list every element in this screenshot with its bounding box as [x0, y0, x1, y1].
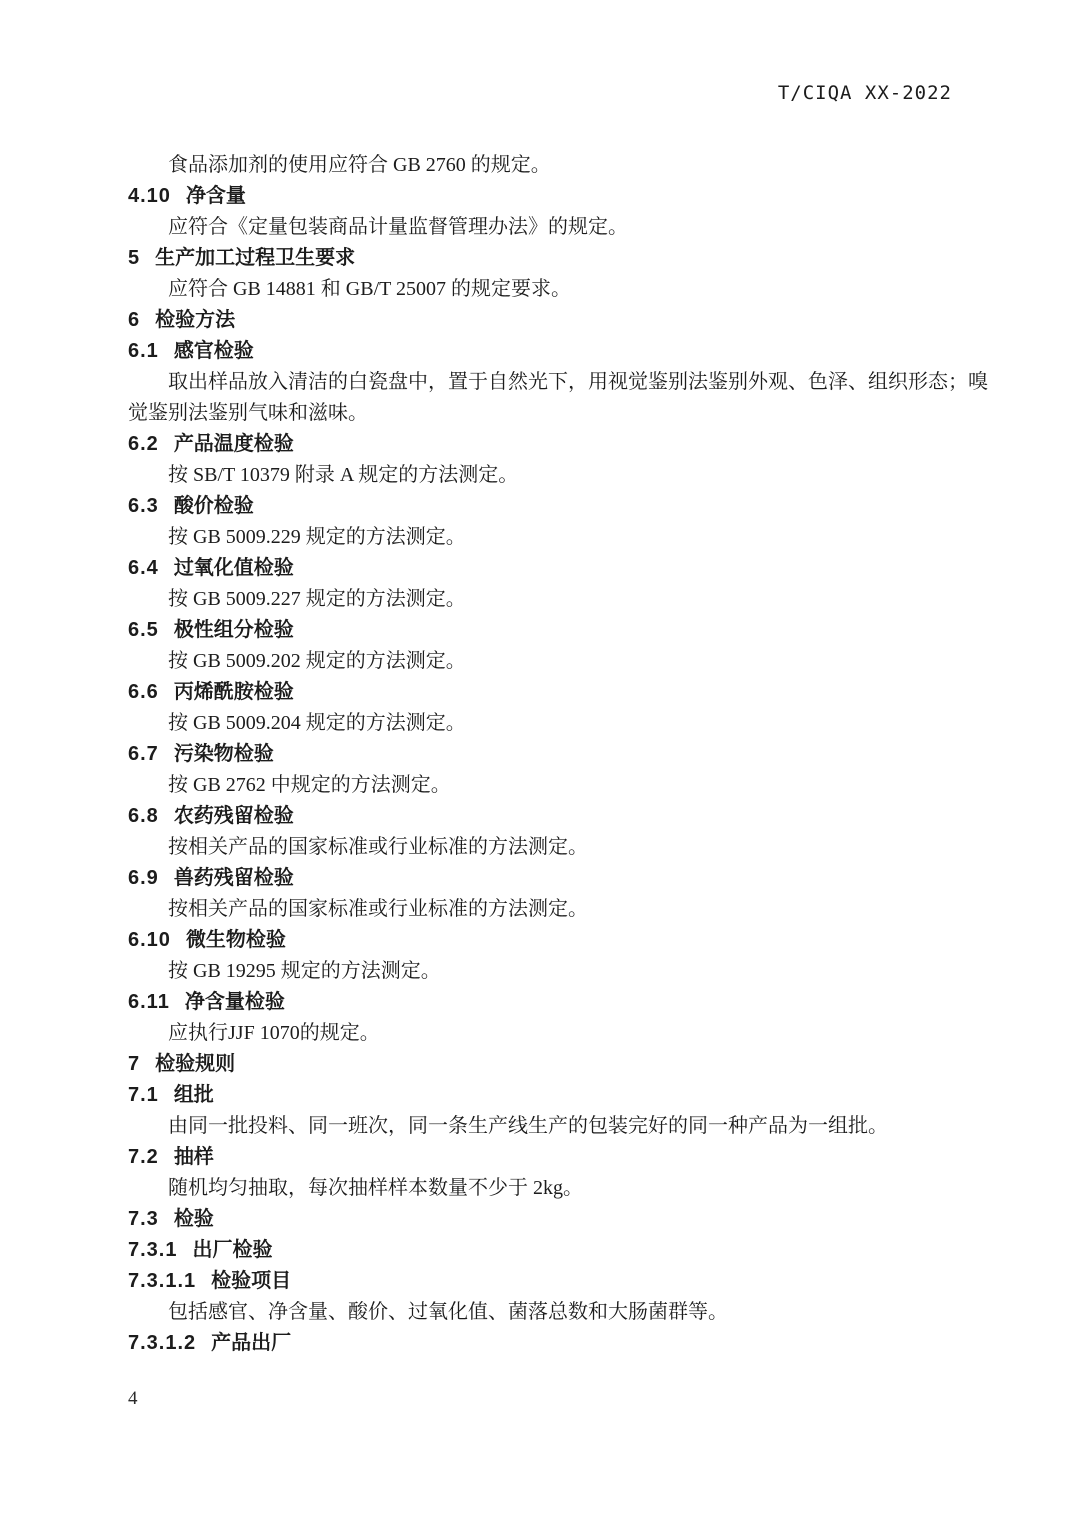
- document-page: T/CIQA XX-2022 食品添加剂的使用应符合 GB 2760 的规定。4…: [0, 0, 1080, 1527]
- section-heading-5: 5生产加工过程卫生要求: [128, 243, 988, 274]
- heading-number: 7.1: [128, 1080, 159, 1111]
- paragraph: 随机均匀抽取，每次抽样样本数量不少于 2kg。: [128, 1173, 988, 1204]
- section-heading-6.3: 6.3酸价检验: [128, 491, 988, 522]
- heading-title: 过氧化值检验: [174, 557, 294, 579]
- heading-number: 6.1: [128, 336, 159, 367]
- heading-number: 6.2: [128, 429, 159, 460]
- heading-number: 6.8: [128, 801, 159, 832]
- heading-number: 7.2: [128, 1142, 159, 1173]
- heading-number: 6.3: [128, 491, 159, 522]
- heading-number: 6.4: [128, 553, 159, 584]
- heading-number: 6.7: [128, 739, 159, 770]
- heading-title: 丙烯酰胺检验: [174, 681, 294, 703]
- heading-title: 产品出厂: [211, 1332, 291, 1354]
- heading-number: 7.3.1.2: [128, 1328, 196, 1359]
- paragraph: 按 GB 5009.229 规定的方法测定。: [128, 522, 988, 553]
- heading-number: 7: [128, 1049, 140, 1080]
- section-heading-7.3.1.2: 7.3.1.2产品出厂: [128, 1328, 988, 1359]
- heading-title: 出厂检验: [192, 1239, 272, 1261]
- section-heading-6.7: 6.7污染物检验: [128, 739, 988, 770]
- heading-number: 6.6: [128, 677, 159, 708]
- section-heading-7.2: 7.2抽样: [128, 1142, 988, 1173]
- paragraph: 按相关产品的国家标准或行业标准的方法测定。: [128, 832, 988, 863]
- heading-number: 6.5: [128, 615, 159, 646]
- heading-number: 5: [128, 243, 140, 274]
- heading-title: 兽药残留检验: [174, 867, 294, 889]
- section-heading-7: 7检验规则: [128, 1049, 988, 1080]
- heading-title: 抽样: [174, 1146, 214, 1168]
- heading-title: 净含量: [186, 185, 246, 207]
- paragraph: 按 GB 2762 中规定的方法测定。: [128, 770, 988, 801]
- paragraph: 按 GB 19295 规定的方法测定。: [128, 956, 988, 987]
- heading-number: 7.3.1.1: [128, 1266, 196, 1297]
- section-heading-6.2: 6.2产品温度检验: [128, 429, 988, 460]
- heading-title: 净含量检验: [185, 991, 285, 1013]
- paragraph: 由同一批投料、同一班次，同一条生产线生产的包装完好的同一种产品为一组批。: [128, 1111, 988, 1142]
- document-body: 食品添加剂的使用应符合 GB 2760 的规定。4.10净含量应符合《定量包装商…: [128, 150, 988, 1359]
- heading-title: 检验规则: [155, 1053, 235, 1075]
- paragraph: 取出样品放入清洁的白瓷盘中，置于自然光下，用视觉鉴别法鉴别外观、色泽、组织形态；…: [128, 367, 988, 429]
- paragraph: 按 GB 5009.227 规定的方法测定。: [128, 584, 988, 615]
- section-heading-7.3: 7.3检验: [128, 1204, 988, 1235]
- section-heading-7.3.1: 7.3.1出厂检验: [128, 1235, 988, 1266]
- paragraph: 按 GB 5009.202 规定的方法测定。: [128, 646, 988, 677]
- heading-number: 7.3.1: [128, 1235, 177, 1266]
- section-heading-6.8: 6.8农药残留检验: [128, 801, 988, 832]
- page-number: 4: [128, 1388, 138, 1410]
- section-heading-7.3.1.1: 7.3.1.1检验项目: [128, 1266, 988, 1297]
- section-heading-6.6: 6.6丙烯酰胺检验: [128, 677, 988, 708]
- paragraph: 按 GB 5009.204 规定的方法测定。: [128, 708, 988, 739]
- heading-number: 4.10: [128, 181, 171, 212]
- heading-title: 农药残留检验: [174, 805, 294, 827]
- heading-title: 感官检验: [174, 340, 254, 362]
- heading-title: 污染物检验: [174, 743, 274, 765]
- heading-number: 6.11: [128, 987, 170, 1018]
- heading-number: 6: [128, 305, 140, 336]
- paragraph: 包括感官、净含量、酸价、过氧化值、菌落总数和大肠菌群等。: [128, 1297, 988, 1328]
- section-heading-6.11: 6.11净含量检验: [128, 987, 988, 1018]
- section-heading-6.1: 6.1感官检验: [128, 336, 988, 367]
- section-heading-7.1: 7.1组批: [128, 1080, 988, 1111]
- heading-title: 产品温度检验: [174, 433, 294, 455]
- section-heading-6.4: 6.4过氧化值检验: [128, 553, 988, 584]
- section-heading-6.5: 6.5极性组分检验: [128, 615, 988, 646]
- heading-number: 7.3: [128, 1204, 159, 1235]
- paragraph: 食品添加剂的使用应符合 GB 2760 的规定。: [128, 150, 988, 181]
- section-heading-6: 6检验方法: [128, 305, 988, 336]
- heading-title: 检验项目: [211, 1270, 291, 1292]
- paragraph: 按相关产品的国家标准或行业标准的方法测定。: [128, 894, 988, 925]
- paragraph: 应执行JJF 1070的规定。: [128, 1018, 988, 1049]
- paragraph: 应符合 GB 14881 和 GB/T 25007 的规定要求。: [128, 274, 988, 305]
- heading-title: 微生物检验: [186, 929, 286, 951]
- heading-number: 6.9: [128, 863, 159, 894]
- section-heading-6.9: 6.9兽药残留检验: [128, 863, 988, 894]
- heading-title: 检验: [174, 1208, 214, 1230]
- heading-title: 酸价检验: [174, 495, 254, 517]
- heading-title: 生产加工过程卫生要求: [155, 247, 355, 269]
- section-heading-6.10: 6.10微生物检验: [128, 925, 988, 956]
- heading-title: 检验方法: [155, 309, 235, 331]
- paragraph: 按 SB/T 10379 附录 A 规定的方法测定。: [128, 460, 988, 491]
- section-heading-4.10: 4.10净含量: [128, 181, 988, 212]
- heading-number: 6.10: [128, 925, 171, 956]
- heading-title: 极性组分检验: [174, 619, 294, 641]
- standard-code-header: T/CIQA XX-2022: [778, 82, 952, 104]
- paragraph: 应符合《定量包装商品计量监督管理办法》的规定。: [128, 212, 988, 243]
- heading-title: 组批: [174, 1084, 214, 1106]
